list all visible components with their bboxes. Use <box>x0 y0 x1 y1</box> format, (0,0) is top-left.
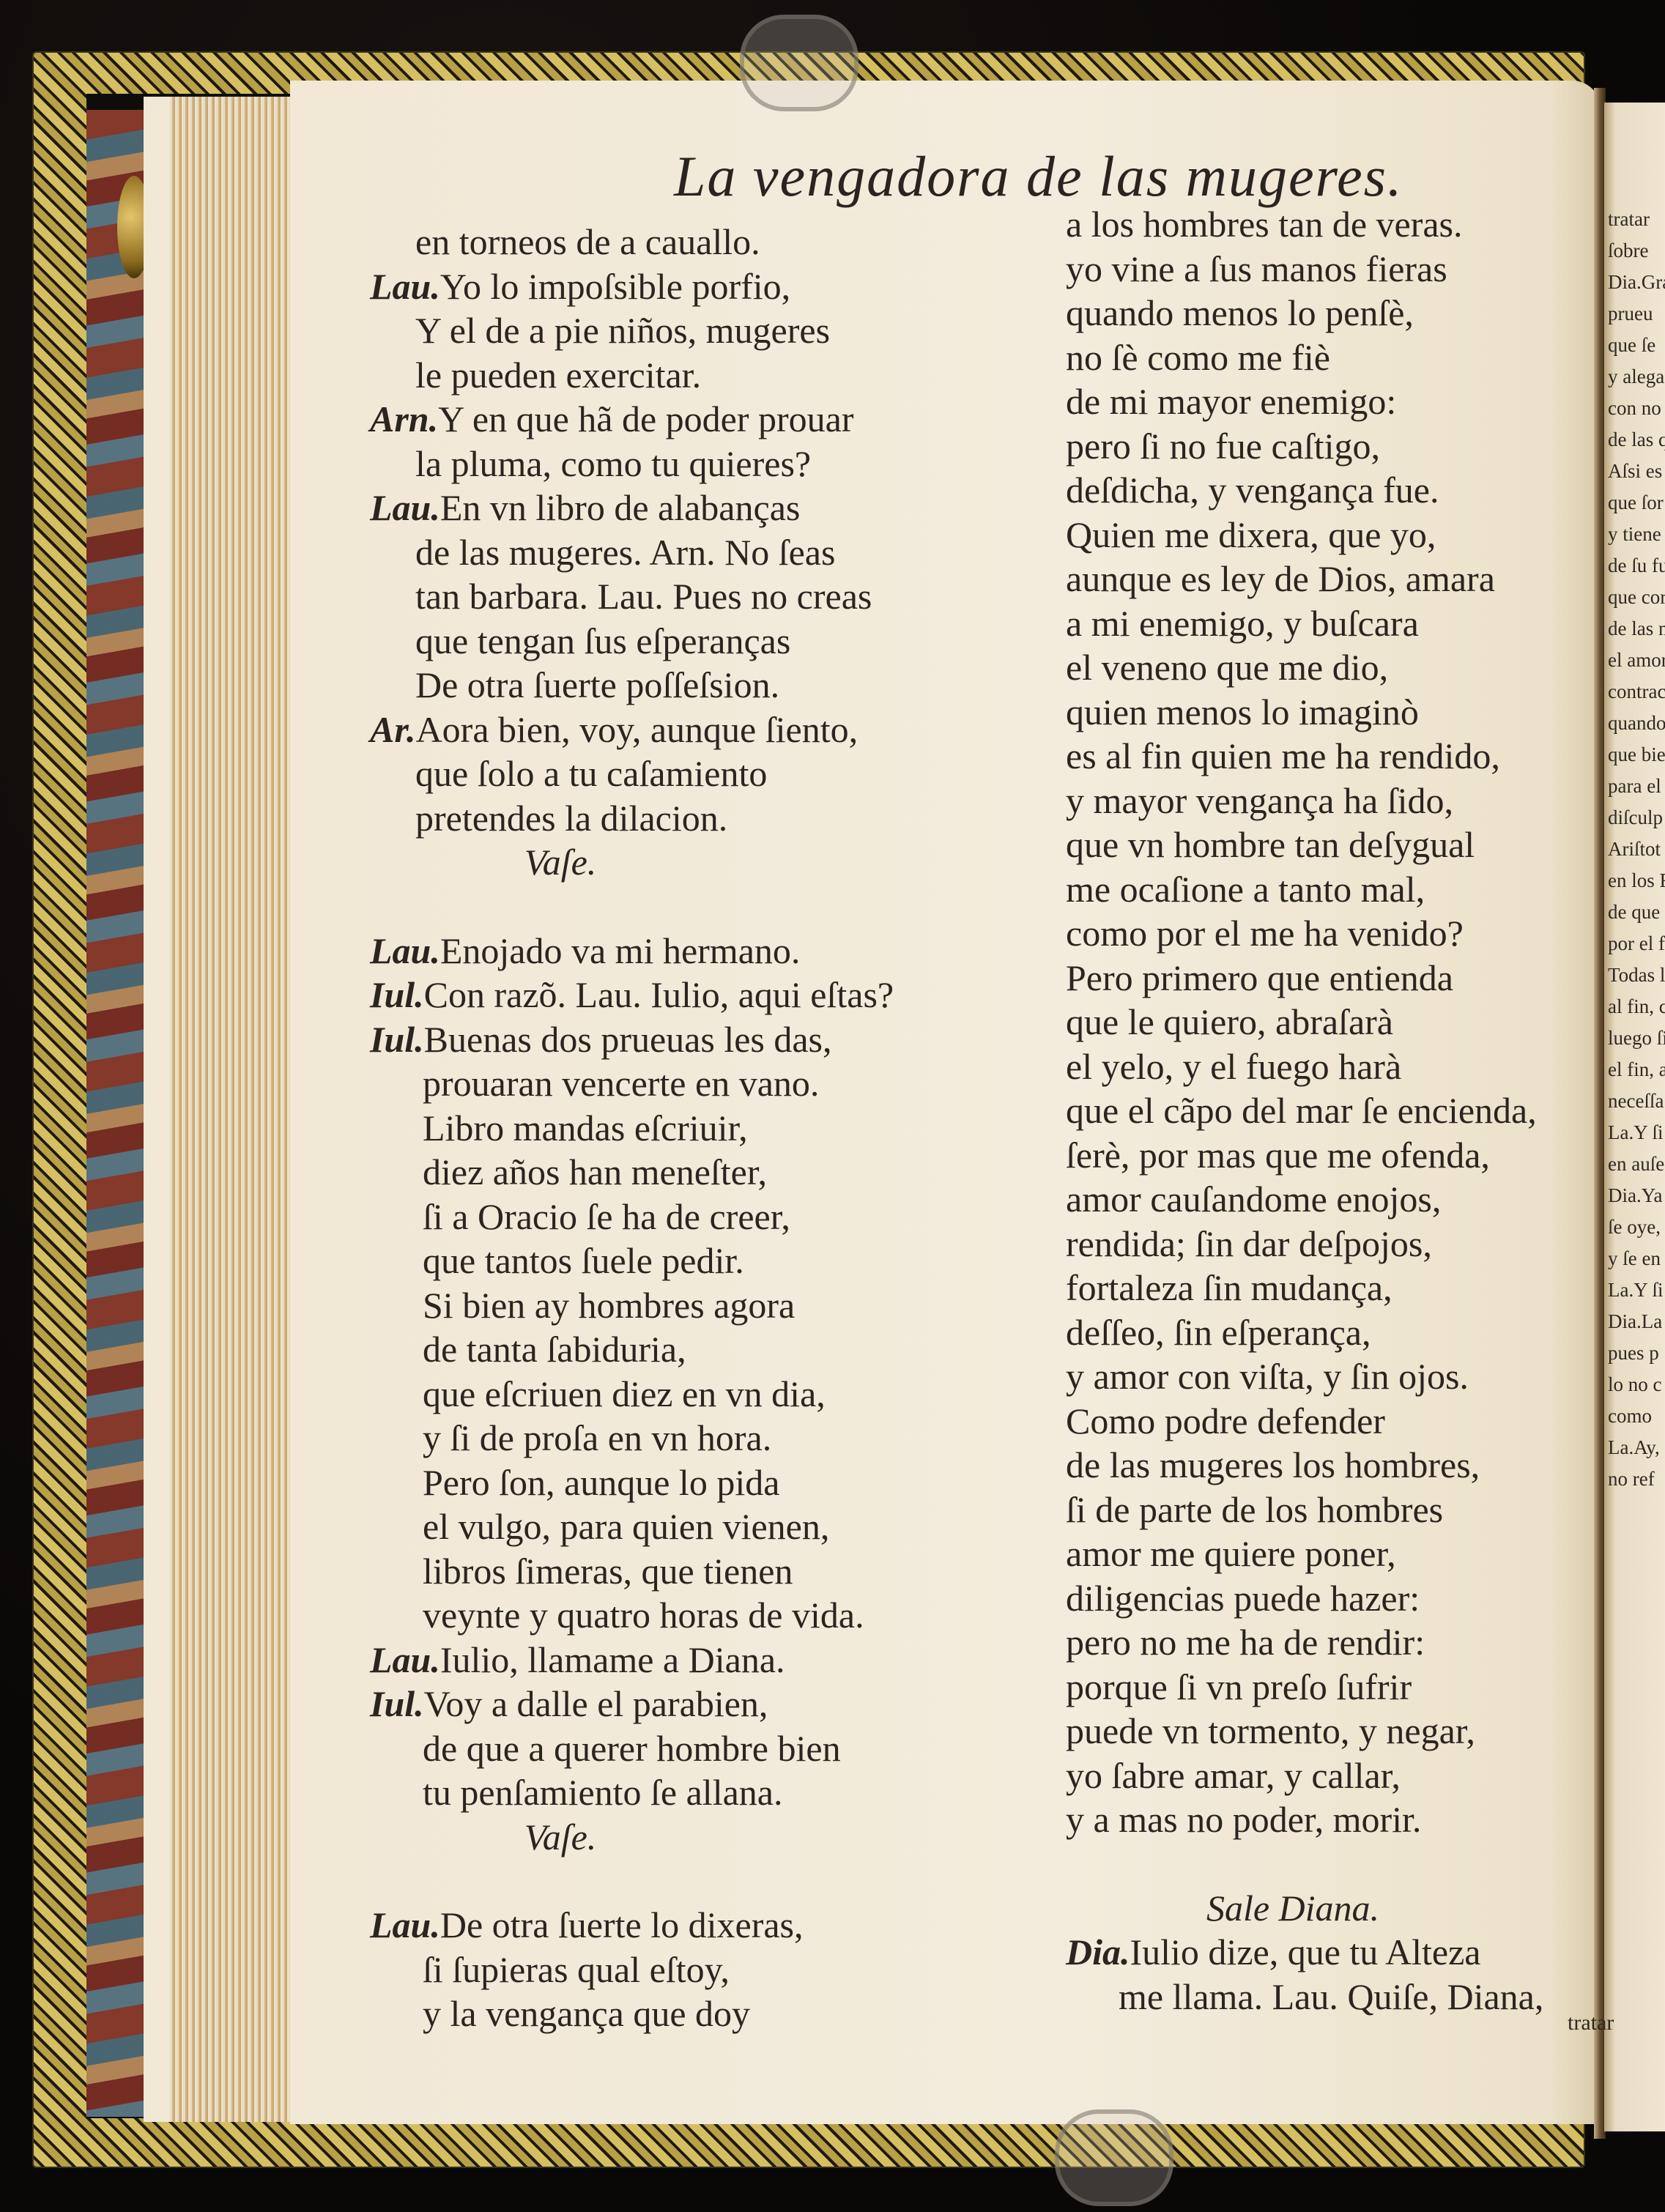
line-text: que tengan ſus eſperanças <box>415 620 790 661</box>
verse-line: tan barbara. Lau. Pues no creas <box>370 574 1029 619</box>
line-text: de que a querer hombre bien <box>423 1728 841 1769</box>
line-text: porque ſi vn preſo ſufrir <box>1066 1666 1412 1707</box>
line-text: que le quiero, abraſarà <box>1066 1001 1393 1042</box>
verse-line: yo vine a ſus manos fieras <box>1066 247 1608 292</box>
verse-line: no ſè como me fiè <box>1066 335 1608 380</box>
line-text: es al fin quien me ha rendido, <box>1066 735 1500 776</box>
verse-line: deſdicha, y vengança fue. <box>1066 468 1608 513</box>
line-text: prouaran vencerte en vano. <box>423 1063 819 1104</box>
line-text: Pero ſon, aunque lo pida <box>423 1462 779 1503</box>
line-text: y amor con viſta, y ſin ojos. <box>1066 1356 1469 1397</box>
verse-line: es al fin quien me ha rendido, <box>1066 734 1608 779</box>
line-text: amor me quiere poner, <box>1066 1533 1396 1574</box>
line-text: quien menos lo imaginò <box>1066 691 1419 732</box>
verse-line: y amor con viſta, y ſin ojos. <box>1066 1354 1608 1399</box>
line-text: el vulgo, para quien vienen, <box>423 1506 829 1547</box>
speaker-label: Lau. <box>370 487 440 528</box>
verse-line: y a mas no poder, morir. <box>1066 1797 1608 1842</box>
verse-line: libros ſimeras, que tienen <box>370 1549 1029 1594</box>
verse-line: que vn hombre tan deſygual <box>1066 823 1608 867</box>
speech-line: Lau.Yo lo impoſsible porfio, <box>370 264 1029 309</box>
line-text: que el cãpo del mar ſe encienda, <box>1066 1090 1537 1131</box>
verse-line: quien menos lo imaginò <box>1066 690 1608 735</box>
line-text: y mayor vengança ha ſido, <box>1066 780 1453 821</box>
line-text: que vn hombre tan deſygual <box>1066 824 1475 865</box>
verse-line: diligencias puede hazer: <box>1066 1576 1608 1621</box>
verse-line: el veneno que me dio, <box>1066 645 1608 690</box>
line-text: que tantos ſuele pedir. <box>423 1240 744 1281</box>
verse-line: que tantos ſuele pedir. <box>370 1239 1029 1283</box>
line-text: me llama. Lau. Quiſe, Diana, <box>1119 1976 1543 2017</box>
text-column-right: a los hombres tan de veras.yo vine a ſus… <box>1066 202 1608 2019</box>
speech-line: Dia.Iulio dize, que tu Alteza <box>1066 1930 1608 1975</box>
line-text: Iulio, llamame a Diana. <box>440 1639 785 1680</box>
verse-line: deſſeo, ſin eſperança, <box>1066 1310 1608 1355</box>
verse-line: fortaleza ſin mudança, <box>1066 1266 1608 1310</box>
verse-line: y la vengança que doy <box>370 1992 1029 2036</box>
verse-line: Si bien ay hombres agora <box>370 1283 1029 1328</box>
verse-line: De otra ſuerte poſſeſsion. <box>370 663 1029 708</box>
line-text: tan barbara. Lau. Pues no creas <box>415 576 872 617</box>
speaker-label: Lau. <box>370 1904 440 1945</box>
line-text: a mi enemigo, y buſcara <box>1066 603 1419 644</box>
verse-line: Pero ſon, aunque lo pida <box>370 1461 1029 1505</box>
facing-fragment: de las m <box>1608 613 1665 645</box>
line-text: que eſcriuen diez en vn dia, <box>423 1373 826 1414</box>
facing-fragment: de ſu fu <box>1608 550 1665 582</box>
line-text: pero ſi no fue caſtigo, <box>1066 426 1380 467</box>
line-text: Como podre defender <box>1066 1400 1385 1441</box>
line-text: yo vine a ſus manos fieras <box>1066 248 1447 289</box>
verse-line: de las mugeres los hombres, <box>1066 1443 1608 1488</box>
line-text: como por el me ha venido? <box>1066 913 1464 954</box>
line-text: pero no me ha de rendir: <box>1066 1622 1425 1663</box>
verse-line: de mi mayor enemigo: <box>1066 379 1608 424</box>
verse-line: rendida; ſin dar deſpojos, <box>1066 1222 1608 1266</box>
speaker-label: Dia. <box>1066 1931 1130 1972</box>
verse-line: de que a querer hombre bien <box>370 1726 1029 1771</box>
line-text: fortaleza ſin mudança, <box>1066 1267 1393 1308</box>
line-text: y la vengança que doy <box>423 1993 750 2034</box>
facing-fragment: Ariſtot <box>1608 834 1665 865</box>
catchword: tratar <box>1568 2011 1614 2035</box>
facing-fragment: el amor <box>1608 645 1665 676</box>
speaker-label: Lau. <box>370 1639 440 1680</box>
line-text: Yo lo impoſsible porfio, <box>440 266 790 307</box>
verse-line: porque ſi vn preſo ſufrir <box>1066 1665 1608 1710</box>
verse-line: ſi ſupieras qual eſtoy, <box>370 1948 1029 1992</box>
facing-fragment: que ſe <box>1608 330 1665 361</box>
verse-line: amor me quiere poner, <box>1066 1532 1608 1576</box>
speaker-label: Arn. <box>370 398 438 439</box>
verse-line: de tanta ſabiduria, <box>370 1327 1029 1372</box>
verse-line: Libro mandas eſcriuir, <box>370 1106 1029 1151</box>
line-text: tu penſamiento ſe allana. <box>423 1772 782 1813</box>
facing-fragment: pues p <box>1608 1337 1665 1369</box>
speech-line: Iul.Buenas dos prueuas les das, <box>370 1017 1029 1062</box>
verse-line: yo ſabre amar, y callar, <box>1066 1753 1608 1798</box>
facing-fragment: no ref <box>1608 1463 1665 1495</box>
verse-line: Como podre defender <box>1066 1399 1608 1444</box>
line-text: ſi ſupieras qual eſtoy, <box>423 1949 730 1990</box>
verse-line: ſi a Oracio ſe ha de creer, <box>370 1195 1029 1239</box>
speech-line: Lau.Enojado va mi hermano. <box>370 929 1029 973</box>
speech-line: Lau.Iulio, llamame a Diana. <box>370 1638 1029 1682</box>
facing-fragment: Dia.Ya po <box>1608 1180 1665 1211</box>
line-text: rendida; ſin dar deſpojos, <box>1066 1223 1432 1264</box>
facing-fragment: La.Ay, <box>1608 1432 1665 1463</box>
facing-fragment: La.Y ſi l <box>1608 1274 1665 1306</box>
facing-fragment: que cor <box>1608 582 1665 613</box>
facing-fragment: Dia.La ir <box>1608 1306 1665 1337</box>
speech-line: Iul.Voy a dalle el parabien, <box>370 1682 1029 1726</box>
verse-line: prouaran vencerte en vano. <box>370 1061 1029 1106</box>
verse-line: que ſolo a tu caſamiento <box>370 751 1029 796</box>
line-text: diligencias puede hazer: <box>1066 1578 1420 1619</box>
facing-fragment: lo no c <box>1608 1369 1665 1400</box>
verse-line: pero ſi no fue caſtigo, <box>1066 424 1608 469</box>
facing-fragment: y tiene <box>1608 519 1665 550</box>
marbled-endpaper <box>86 110 145 2117</box>
line-text: Con razõ. Lau. Iulio, aqui eſtas? <box>424 974 894 1015</box>
facing-fragment: el fin, a <box>1608 1054 1665 1085</box>
line-text: el veneno que me dio, <box>1066 647 1388 688</box>
speech-line: Lau.De otra ſuerte lo dixeras, <box>370 1903 1029 1948</box>
verse-line: que eſcriuen diez en vn dia, <box>370 1372 1029 1417</box>
speaker-label: Lau. <box>370 266 440 307</box>
line-text: Voy a dalle el parabien, <box>424 1683 768 1724</box>
line-text: Si bien ay hombres agora <box>423 1285 795 1326</box>
speech-line: Arn.Y en que hã de poder prouar <box>370 397 1029 442</box>
line-gap <box>370 885 1029 929</box>
verse-line: a mi enemigo, y buſcara <box>1066 601 1608 646</box>
line-text: y ſi de proſa en vn hora. <box>423 1417 771 1458</box>
facing-fragment: en auſe <box>1608 1148 1665 1180</box>
line-text: de las mugeres. Arn. No ſeas <box>415 532 835 573</box>
speaker-label: Lau. <box>370 930 440 971</box>
verse-line: Pero primero que entienda <box>1066 956 1608 1001</box>
verse-line: le pueden exercitar. <box>370 353 1029 398</box>
verse-line: el vulgo, para quien vienen, <box>370 1504 1029 1549</box>
facing-fragment: neceſſa <box>1608 1085 1665 1117</box>
line-text: aunque es ley de Dios, amara <box>1066 558 1495 599</box>
verse-line: diez años han meneſter, <box>370 1150 1029 1195</box>
line-text: deſſeo, ſin eſperança, <box>1066 1312 1371 1353</box>
line-text: Libro mandas eſcriuir, <box>423 1107 748 1148</box>
line-text: Pero primero que entienda <box>1066 957 1453 998</box>
facing-fragment: tratar <box>1608 204 1665 235</box>
verse-line: quando menos lo penſè, <box>1066 291 1608 335</box>
facing-fragment: ſobre <box>1608 235 1665 267</box>
facing-fragment: Dia.Gra <box>1608 267 1665 298</box>
line-text: la pluma, como tu quieres? <box>415 443 811 484</box>
verse-line: de las mugeres. Arn. No ſeas <box>370 530 1029 575</box>
line-text: y a mas no poder, morir. <box>1066 1799 1421 1840</box>
facing-fragment: Todas l <box>1608 960 1665 991</box>
facing-fragment: en los F <box>1608 865 1665 897</box>
stage-direction: Sale Diana. <box>1066 1886 1520 1931</box>
verse-line: veynte y quatro horas de vida. <box>370 1593 1029 1638</box>
line-text: ſerè, por mas que me ofenda, <box>1066 1135 1490 1176</box>
facing-fragment: por el f <box>1608 928 1665 960</box>
line-text: Aora bien, voy, aunque ſiento, <box>416 709 859 750</box>
verse-line: puede vn tormento, y negar, <box>1066 1709 1608 1753</box>
verse-line: que tengan ſus eſperanças <box>370 619 1029 664</box>
line-text: quando menos lo penſè, <box>1066 292 1414 333</box>
line-text: Y el de a pie niños, mugeres <box>415 310 830 351</box>
verse-line: como por el me ha venido? <box>1066 911 1608 956</box>
line-text: el yelo, y el fuego harà <box>1066 1046 1401 1087</box>
facing-fragment: diſculp <box>1608 802 1665 834</box>
verse-line: aunque es ley de Dios, amara <box>1066 557 1608 601</box>
facing-fragment: prueu <box>1608 298 1665 330</box>
verse-line: ſi de parte de los hombres <box>1066 1488 1608 1532</box>
line-text: De otra ſuerte poſſeſsion. <box>415 664 779 705</box>
line-text: puede vn tormento, y negar, <box>1066 1710 1475 1751</box>
page-edge-stack <box>144 97 290 2122</box>
line-text: no ſè como me fiè <box>1066 337 1330 378</box>
verse-line: y mayor vengança ha ſido, <box>1066 779 1608 823</box>
line-text: de las mugeres los hombres, <box>1066 1444 1480 1485</box>
verse-line: Y el de a pie niños, mugeres <box>370 308 1029 353</box>
verse-line: que le quiero, abraſarà <box>1066 1000 1608 1044</box>
line-text: amor cauſandome enojos, <box>1066 1179 1441 1220</box>
line-gap <box>370 1859 1029 1903</box>
line-text: libros ſimeras, que tienen <box>423 1551 793 1592</box>
line-text: ſi de parte de los hombres <box>1066 1489 1443 1530</box>
line-text: En vn libro de alabanças <box>440 487 800 528</box>
stage-direction: Vaſe. <box>370 840 751 885</box>
facing-fragment: contrac <box>1608 676 1665 708</box>
line-text: veynte y quatro horas de vida. <box>423 1595 864 1636</box>
facing-fragment: y ſe en <box>1608 1243 1665 1274</box>
speaker-label: Iul. <box>370 974 424 1015</box>
verse-line: amor cauſandome enojos, <box>1066 1177 1608 1222</box>
facing-page-fragments: tratarſobreDia.Graprueuque ſey alegacon … <box>1608 204 1665 1495</box>
verse-line: pretendes la dilacion. <box>370 796 1029 841</box>
facing-fragment: ſe oye, <box>1608 1211 1665 1243</box>
page-clip-bottom-icon <box>1055 2109 1173 2206</box>
facing-fragment: para el <box>1608 771 1665 802</box>
facing-fragment: de que <box>1608 897 1665 928</box>
line-text: a los hombres tan de veras. <box>1066 204 1463 245</box>
running-title: La vengadora de las mugeres. <box>674 144 1403 209</box>
line-text: Iulio dize, que tu Alteza <box>1130 1931 1481 1972</box>
line-text: Enojado va mi hermano. <box>440 930 801 971</box>
line-text: de tanta ſabiduria, <box>423 1329 686 1370</box>
line-text: Y en que hã de poder prouar <box>438 398 853 439</box>
verse-line: que el cãpo del mar ſe encienda, <box>1066 1088 1608 1133</box>
verse-line: Quien me dixera, que yo, <box>1066 513 1608 557</box>
facing-fragment: quando <box>1608 708 1665 739</box>
verse-line: y ſi de proſa en vn hora. <box>370 1416 1029 1461</box>
facing-fragment: luego ſi <box>1608 1023 1665 1054</box>
speaker-label: Iul. <box>370 1683 424 1724</box>
line-text: De otra ſuerte lo dixeras, <box>440 1904 804 1945</box>
speaker-label: Iul. <box>370 1019 424 1060</box>
line-text: me ocaſione a tanto mal, <box>1066 869 1425 910</box>
speech-line: Ar.Aora bien, voy, aunque ſiento, <box>370 708 1029 752</box>
facing-fragment: La.Y ſi ſ <box>1608 1117 1665 1148</box>
line-text: yo ſabre amar, y callar, <box>1066 1755 1401 1796</box>
facing-fragment: de las q <box>1608 424 1665 456</box>
line-gap <box>1066 1842 1608 1886</box>
verse-line: a los hombres tan de veras. <box>1066 202 1608 247</box>
line-text: ſi a Oracio ſe ha de creer, <box>423 1196 790 1237</box>
facing-fragment: que ſor <box>1608 487 1665 519</box>
verse-line: pero no me ha de rendir: <box>1066 1620 1608 1665</box>
facing-fragment: Aſsi es <box>1608 456 1665 487</box>
facing-fragment: con no <box>1608 393 1665 424</box>
verse-line: me llama. Lau. Quiſe, Diana, <box>1066 1975 1608 2019</box>
line-text: le pueden exercitar. <box>415 355 701 396</box>
text-column-left: en torneos de a cauallo.Lau.Yo lo impoſs… <box>370 220 1029 2036</box>
facing-fragment: al fin, c <box>1608 991 1665 1023</box>
facing-fragment: y alega <box>1608 361 1665 393</box>
line-text: pretendes la dilacion. <box>415 798 727 839</box>
verse-line: me ocaſione a tanto mal, <box>1066 867 1608 912</box>
verse-line: el yelo, y el fuego harà <box>1066 1044 1608 1089</box>
facing-fragment: como <box>1608 1400 1665 1432</box>
verse-line: la pluma, como tu quieres? <box>370 442 1029 486</box>
verse-line: tu penſamiento ſe allana. <box>370 1770 1029 1815</box>
line-text: que ſolo a tu caſamiento <box>415 753 767 794</box>
stage-direction: Vaſe. <box>370 1815 751 1860</box>
page-clip-top-icon <box>740 15 859 111</box>
line-text: Buenas dos prueuas les das, <box>424 1019 832 1060</box>
line-text: de mi mayor enemigo: <box>1066 381 1396 422</box>
verse-line: ſerè, por mas que me ofenda, <box>1066 1133 1608 1178</box>
line-text: en torneos de a cauallo. <box>415 221 760 262</box>
speech-line: Iul.Con razõ. Lau. Iulio, aqui eſtas? <box>370 973 1029 1017</box>
facing-fragment: que bie <box>1608 739 1665 771</box>
line-text: diez años han meneſter, <box>423 1151 767 1192</box>
speaker-label: Ar. <box>370 709 416 750</box>
line-text: Quien me dixera, que yo, <box>1066 514 1436 555</box>
speech-line: Lau.En vn libro de alabanças <box>370 486 1029 530</box>
verse-line: en torneos de a cauallo. <box>370 220 1029 264</box>
line-text: deſdicha, y vengança fue. <box>1066 470 1439 511</box>
